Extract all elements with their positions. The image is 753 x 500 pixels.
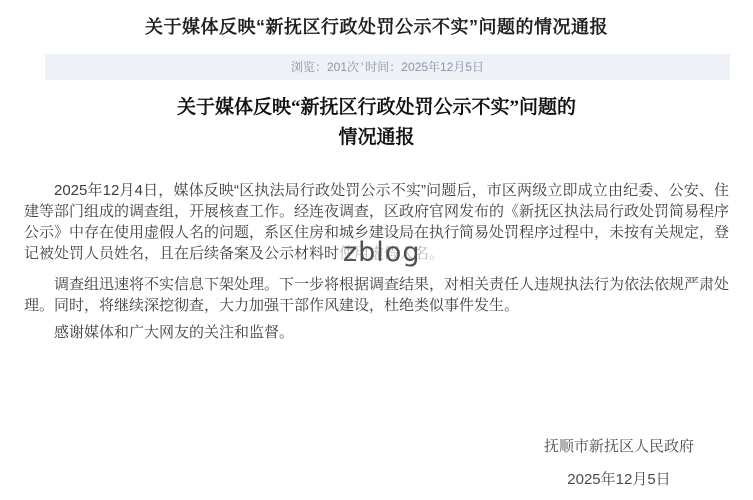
paragraph-1: 2025年12月4日，媒体反映“区执法局行政处罚公示不实”问题后，市区两级立即成… — [24, 180, 729, 264]
paragraph-2: 调查组迅速将不实信息下架处理。下一步将根据调查结果，对相关责任人违规执法行为依法… — [24, 274, 729, 316]
views-count: 浏览：201次 — [291, 60, 359, 74]
issuing-organization: 抚顺市新抚区人民政府 — [544, 438, 694, 456]
article-title-line2: 情况通报 — [0, 123, 753, 153]
article-body: 2025年12月4日，媒体反映“区执法局行政处罚公示不实”问题后，市区两级立即成… — [0, 180, 753, 343]
issue-date: 2025年12月5日 — [544, 471, 694, 489]
paragraph-1-faded: 使用虚假人名。 — [339, 245, 444, 262]
notice-page: 关于媒体反映“新抚区行政处罚公示不实”问题的情况通报 浏览：201次'时间：20… — [0, 0, 753, 500]
page-header-title: 关于媒体反映“新抚区行政处罚公示不实”问题的情况通报 — [0, 0, 753, 39]
meta-separator: ' — [361, 60, 363, 74]
signature-block: 抚顺市新抚区人民政府 2025年12月5日 — [544, 438, 694, 489]
publish-time: 时间：2025年12月5日 — [365, 60, 484, 74]
article-title: 关于媒体反映“新抚区行政处罚公示不实”问题的 情况通报 — [0, 93, 753, 153]
article-title-line1: 关于媒体反映“新抚区行政处罚公示不实”问题的 — [0, 93, 753, 123]
paragraph-3: 感谢媒体和广大网友的关注和监督。 — [24, 322, 729, 343]
meta-bar: 浏览：201次'时间：2025年12月5日 — [45, 54, 730, 80]
